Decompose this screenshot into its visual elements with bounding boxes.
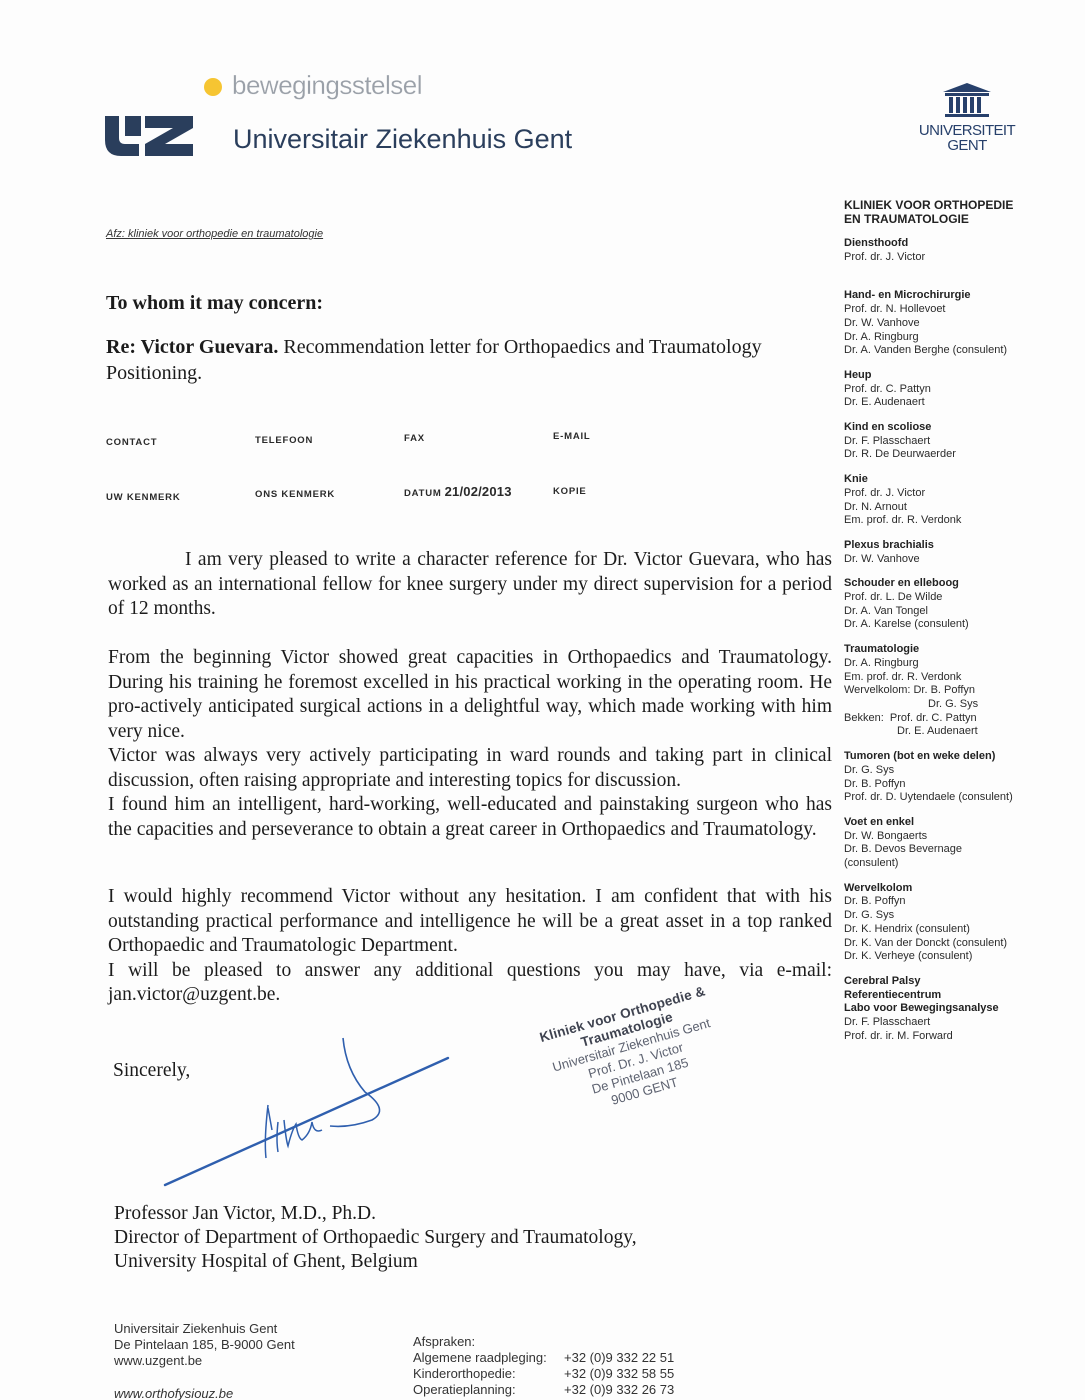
staff-name: Dr. W. Vanhove — [844, 553, 1079, 567]
footer-website2-link[interactable]: www.orthofysiouz.be — [114, 1386, 295, 1400]
staff-name: Dr. A. Karelse (consulent) — [844, 618, 1079, 632]
clinic-name-line1: KLINIEK VOOR ORTHOPEDIE — [844, 198, 1079, 212]
staff-name: (consulent) — [844, 857, 1079, 871]
university-name-line2: GENT — [912, 138, 1022, 153]
appointments-table: Algemene raadpleging: +32 (0)9 332 22 51… — [413, 1350, 674, 1398]
signature-icon — [160, 1030, 460, 1190]
section-title: Traumatologie — [844, 643, 1079, 657]
section-title: Plexus brachialis — [844, 539, 1079, 553]
sidebar-section-diensthoofd: Diensthoofd Prof. dr. J. Victor — [844, 237, 1079, 264]
section-title: Labo voor Bewegingsanalyse — [844, 1002, 1079, 1016]
sidebar-section-schouder: Schouder en elleboog Prof. dr. L. De Wil… — [844, 577, 1079, 632]
footer-street: De Pintelaan 185, B-9000 Gent — [114, 1337, 295, 1353]
section-title: Referentiecentrum — [844, 989, 1079, 1003]
sidebar-section-tumoren: Tumoren (bot en weke delen) Dr. G. Sys D… — [844, 750, 1079, 805]
staff-name: Dr. B. Poffyn — [844, 778, 1079, 792]
staff-name: Dr. A. Van Tongel — [844, 605, 1079, 619]
staff-name: Prof. dr. J. Victor — [844, 251, 1079, 265]
sidebar-section-cerebral-palsy: Cerebral Palsy Referentiecentrum Labo vo… — [844, 975, 1079, 1044]
sidebar-section-knie: Knie Prof. dr. J. Victor Dr. N. Arnout E… — [844, 473, 1079, 528]
staff-name: Prof. dr. ir. M. Forward — [844, 1030, 1079, 1044]
staff-name: Prof. dr. L. De Wilde — [844, 591, 1079, 605]
staff-name: Dr. G. Sys — [844, 764, 1079, 778]
subbrand-label: bewegingsstelsel — [232, 70, 422, 101]
university-building-icon — [941, 82, 993, 118]
datum-label: DATUM — [404, 488, 442, 499]
staff-name: Bekken: Prof. dr. C. Pattyn — [844, 712, 1079, 726]
paragraph-recommendation-1: I would highly recommend Victor without … — [108, 885, 832, 959]
paragraph-intro: I am very pleased to write a character r… — [108, 548, 832, 622]
paragraph-assessment: From the beginning Victor showed great c… — [108, 646, 832, 842]
staff-name: Prof. dr. D. Uytendaele (consulent) — [844, 791, 1079, 805]
staff-name: Dr. B. Devos Bevernage — [844, 843, 1079, 857]
appointment-label: Algemene raadpleging: — [413, 1350, 564, 1366]
section-title: Heup — [844, 369, 1079, 383]
appointment-row: Kinderorthopedie: +32 (0)9 332 58 55 — [413, 1366, 674, 1382]
staff-name: Em. prof. dr. R. Verdonk — [844, 514, 1079, 528]
section-title: Kind en scoliose — [844, 421, 1079, 435]
staff-name: Dr. A. Ringburg — [844, 657, 1079, 671]
signer-title: Director of Department of Orthopaedic Su… — [114, 1226, 637, 1250]
sidebar-section-wervelkolom: Wervelkolom Dr. B. Poffyn Dr. G. Sys Dr.… — [844, 882, 1079, 964]
sender-line: Afz: kliniek voor orthopedie en traumato… — [106, 228, 323, 240]
staff-name: Dr. K. Verheye (consulent) — [844, 950, 1079, 964]
paragraph-assessment-2: Victor was always very actively particip… — [108, 744, 832, 793]
university-logo: UNIVERSITEIT GENT — [912, 82, 1022, 153]
staff-name: Prof. dr. C. Pattyn — [844, 383, 1079, 397]
staff-name: Dr. R. De Deurwaerder — [844, 448, 1079, 462]
appointment-phone: +32 (0)9 332 58 55 — [564, 1366, 674, 1382]
appointment-label: Kinderorthopedie: — [413, 1366, 564, 1382]
sidebar-section-voet: Voet en enkel Dr. W. Bongaerts Dr. B. De… — [844, 816, 1079, 871]
staff-name: Dr. W. Vanhove — [844, 317, 1079, 331]
staff-name: Dr. F. Plasschaert — [844, 1016, 1079, 1030]
paragraph-assessment-1: From the beginning Victor showed great c… — [108, 646, 832, 744]
section-title: Diensthoofd — [844, 237, 1079, 251]
meta-fax: FAX — [404, 433, 425, 444]
staff-name: Dr. B. Poffyn — [844, 895, 1079, 909]
sidebar-section-heup: Heup Prof. dr. C. Pattyn Dr. E. Audenaer… — [844, 369, 1079, 410]
staff-name: Dr. E. Audenaert — [844, 396, 1079, 410]
staff-name: Dr. G. Sys — [844, 909, 1079, 923]
uz-logo-icon — [103, 112, 198, 158]
footer-appointments: Afspraken: Algemene raadpleging: +32 (0)… — [413, 1334, 674, 1398]
section-title: Voet en enkel — [844, 816, 1079, 830]
department-sidebar: KLINIEK VOOR ORTHOPEDIE EN TRAUMATOLOGIE… — [844, 198, 1079, 1054]
section-title: Knie — [844, 473, 1079, 487]
staff-name: Dr. W. Bongaerts — [844, 830, 1079, 844]
clinic-name-line2: EN TRAUMATOLOGIE — [844, 212, 1079, 226]
footer-org: Universitair Ziekenhuis Gent — [114, 1321, 295, 1337]
meta-kopie: KOPIE — [553, 486, 587, 497]
meta-contact: CONTACT — [106, 437, 157, 448]
staff-name: Dr. A. Ringburg — [844, 331, 1079, 345]
brand-dot-icon — [204, 78, 222, 96]
datum-value: 21/02/2013 — [445, 484, 512, 499]
university-name-line1: UNIVERSITEIT — [912, 123, 1022, 138]
meta-uw-kenmerk: UW KENMERK — [106, 492, 181, 503]
sidebar-section-hand: Hand- en Microchirurgie Prof. dr. N. Hol… — [844, 289, 1079, 358]
meta-telefoon: TELEFOON — [255, 435, 313, 446]
meta-ons-kenmerk: ONS KENMERK — [255, 489, 335, 500]
subject-name: Re: Victor Guevara. — [106, 336, 278, 358]
paragraph-assessment-3: I found him an intelligent, hard-working… — [108, 793, 832, 842]
staff-name: Dr. K. Hendrix (consulent) — [844, 923, 1079, 937]
appointment-row: Operatieplanning: +32 (0)9 332 26 73 — [413, 1382, 674, 1398]
salutation: To whom it may concern: — [106, 292, 323, 315]
staff-name: Wervelkolom: Dr. B. Poffyn — [844, 684, 1079, 698]
appointments-title: Afspraken: — [413, 1334, 674, 1350]
sidebar-section-traumatologie: Traumatologie Dr. A. Ringburg Em. prof. … — [844, 643, 1079, 739]
clinic-name: KLINIEK VOOR ORTHOPEDIE EN TRAUMATOLOGIE — [844, 198, 1079, 226]
appointment-row: Algemene raadpleging: +32 (0)9 332 22 51 — [413, 1350, 674, 1366]
meta-email: E-MAIL — [553, 431, 591, 442]
staff-name: Em. prof. dr. R. Verdonk — [844, 671, 1079, 685]
footer-website-link[interactable]: www.uzgent.be — [114, 1353, 295, 1369]
sidebar-section-plexus: Plexus brachialis Dr. W. Vanhove — [844, 539, 1079, 566]
section-title: Cerebral Palsy — [844, 975, 1079, 989]
section-title: Hand- en Microchirurgie — [844, 289, 1079, 303]
appointment-phone: +32 (0)9 332 22 51 — [564, 1350, 674, 1366]
signer-name: Professor Jan Victor, M.D., Ph.D. — [114, 1202, 637, 1226]
staff-name: Dr. E. Audenaert — [844, 725, 1079, 739]
section-title: Wervelkolom — [844, 882, 1079, 896]
staff-name: Prof. dr. N. Hollevoet — [844, 303, 1079, 317]
appointment-phone: +32 (0)9 332 26 73 — [564, 1382, 674, 1398]
staff-name: Dr. N. Arnout — [844, 501, 1079, 515]
staff-name: Prof. dr. J. Victor — [844, 487, 1079, 501]
signer-block: Professor Jan Victor, M.D., Ph.D. Direct… — [114, 1202, 637, 1274]
footer-address: Universitair Ziekenhuis Gent De Pintelaa… — [114, 1321, 295, 1400]
section-title: Tumoren (bot en weke delen) — [844, 750, 1079, 764]
signer-organization: University Hospital of Ghent, Belgium — [114, 1250, 637, 1274]
section-title: Schouder en elleboog — [844, 577, 1079, 591]
staff-name: Dr. K. Van der Donckt (consulent) — [844, 937, 1079, 951]
sidebar-section-kind: Kind en scoliose Dr. F. Plasschaert Dr. … — [844, 421, 1079, 462]
staff-name: Dr. F. Plasschaert — [844, 435, 1079, 449]
staff-name: Dr. G. Sys — [844, 698, 1079, 712]
meta-datum: DATUM21/02/2013 — [404, 484, 512, 499]
hospital-name: Universitair Ziekenhuis Gent — [233, 124, 572, 155]
subject-line: Re: Victor Guevara. Recommendation lette… — [106, 334, 816, 386]
staff-name: Dr. A. Vanden Berghe (consulent) — [844, 344, 1079, 358]
appointment-label: Operatieplanning: — [413, 1382, 564, 1398]
